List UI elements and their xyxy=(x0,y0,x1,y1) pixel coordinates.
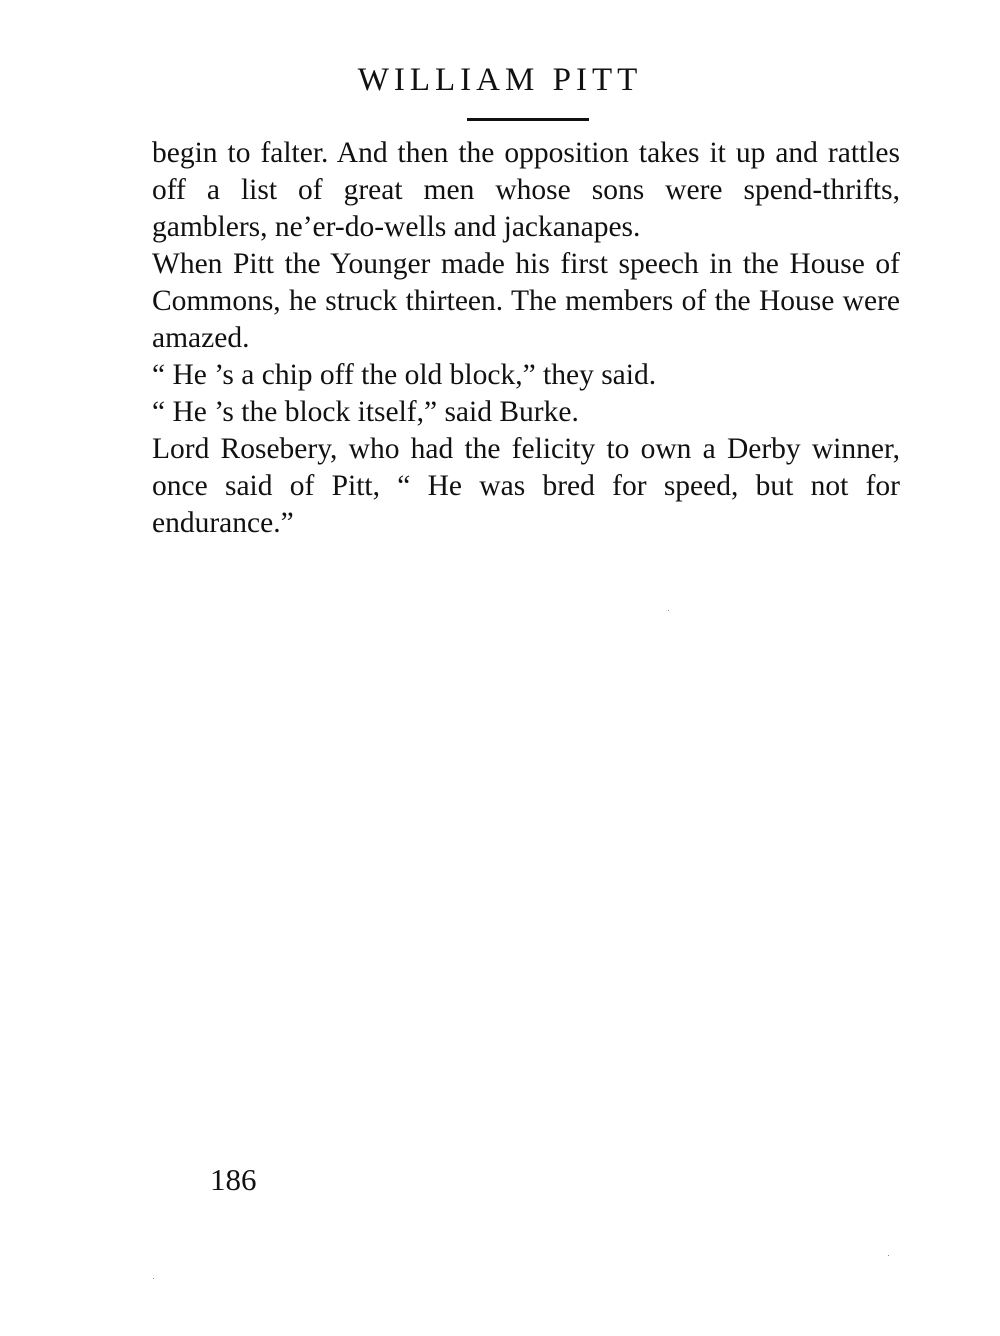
paragraph: “ He ’s a chip off the old block,” they … xyxy=(152,357,900,394)
paragraph: begin to falter. And then the opposition… xyxy=(152,135,900,246)
scan-speck xyxy=(668,610,669,611)
paragraph: When Pitt the Younger made his first spe… xyxy=(152,246,900,357)
running-head: WILLIAM PITT xyxy=(0,58,1000,102)
scan-speck xyxy=(888,1255,889,1256)
page-number: 186 xyxy=(210,1162,257,1198)
paragraph: “ He ’s the block itself,” said Burke. xyxy=(152,394,900,431)
header-rule xyxy=(467,118,589,121)
paragraph: Lord Rosebery, who had the felicity to o… xyxy=(152,431,900,542)
page-body: begin to falter. And then the opposition… xyxy=(152,135,900,542)
scan-speck xyxy=(153,1278,154,1279)
